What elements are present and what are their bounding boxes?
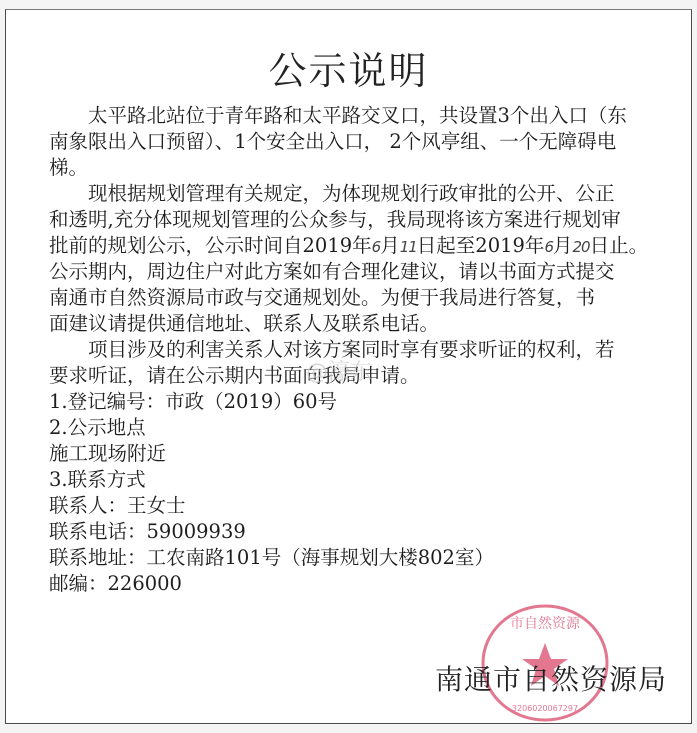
postal-code: 邮编：226000	[49, 571, 649, 597]
paragraph-line: 南通市自然资源局市政与交通规划处。为便于我局进行答复，书	[49, 285, 649, 311]
paragraph-line: 面建议请提供通信地址、联系人及联系电话。	[49, 311, 649, 337]
handwritten-end-day: 20	[573, 238, 590, 256]
registration-number: 1.登记编号：市政（2019）60号	[49, 389, 649, 415]
paragraph-line: 南象限出入口预留）、1个安全出入口， 2个风亭组、一个无障碍电	[49, 129, 649, 155]
paragraph-line: 现根据规划管理有关规定，为体现规划行政审批的公开、公正	[49, 181, 649, 207]
contact-heading: 3.联系方式	[49, 467, 649, 493]
handwritten-start-month: 6	[372, 238, 381, 256]
location-value: 施工现场附近	[49, 441, 649, 467]
paragraph-line: 和透明,充分体现规划管理的公众参与，我局现将该方案进行规划审	[49, 207, 649, 233]
paragraph-line: 梯。	[49, 155, 649, 181]
contact-address: 联系地址：工农南路101号（海事规划大楼802室）	[49, 545, 649, 571]
month-char: 月	[380, 234, 400, 257]
date-suffix: 日止。	[590, 234, 649, 257]
document-body: 太平路北站位于青年路和太平路交叉口，共设置3个出入口（东 南象限出入口预留）、1…	[49, 103, 649, 597]
watermark: @濠东	[306, 355, 372, 386]
date-prefix: 批前的规划公示，公示时间自2019年	[49, 234, 372, 257]
contact-person: 联系人：王女士	[49, 493, 649, 519]
month-char: 月	[553, 234, 573, 257]
handwritten-start-day: 11	[400, 238, 417, 256]
svg-text:3206020067297: 3206020067297	[512, 704, 578, 713]
date-mid: 日起至2019年	[417, 234, 545, 257]
location-heading: 2.公示地点	[49, 415, 649, 441]
date-line: 批前的规划公示，公示时间自2019年6月11日起至2019年6月20日止。	[49, 233, 649, 259]
contact-phone: 联系电话：59009939	[49, 519, 649, 545]
paragraph-line: 公示期内，周边住户对此方案如有合理化建议，请以书面方式提交	[49, 259, 649, 285]
handwritten-end-month: 6	[544, 238, 553, 256]
issuer-signature: 南通市自然资源局	[435, 658, 667, 698]
paragraph-line: 太平路北站位于青年路和太平路交叉口，共设置3个出入口（东	[49, 103, 649, 129]
document-title: 公示说明	[6, 40, 691, 95]
svg-text:市自然资源: 市自然资源	[510, 616, 581, 632]
